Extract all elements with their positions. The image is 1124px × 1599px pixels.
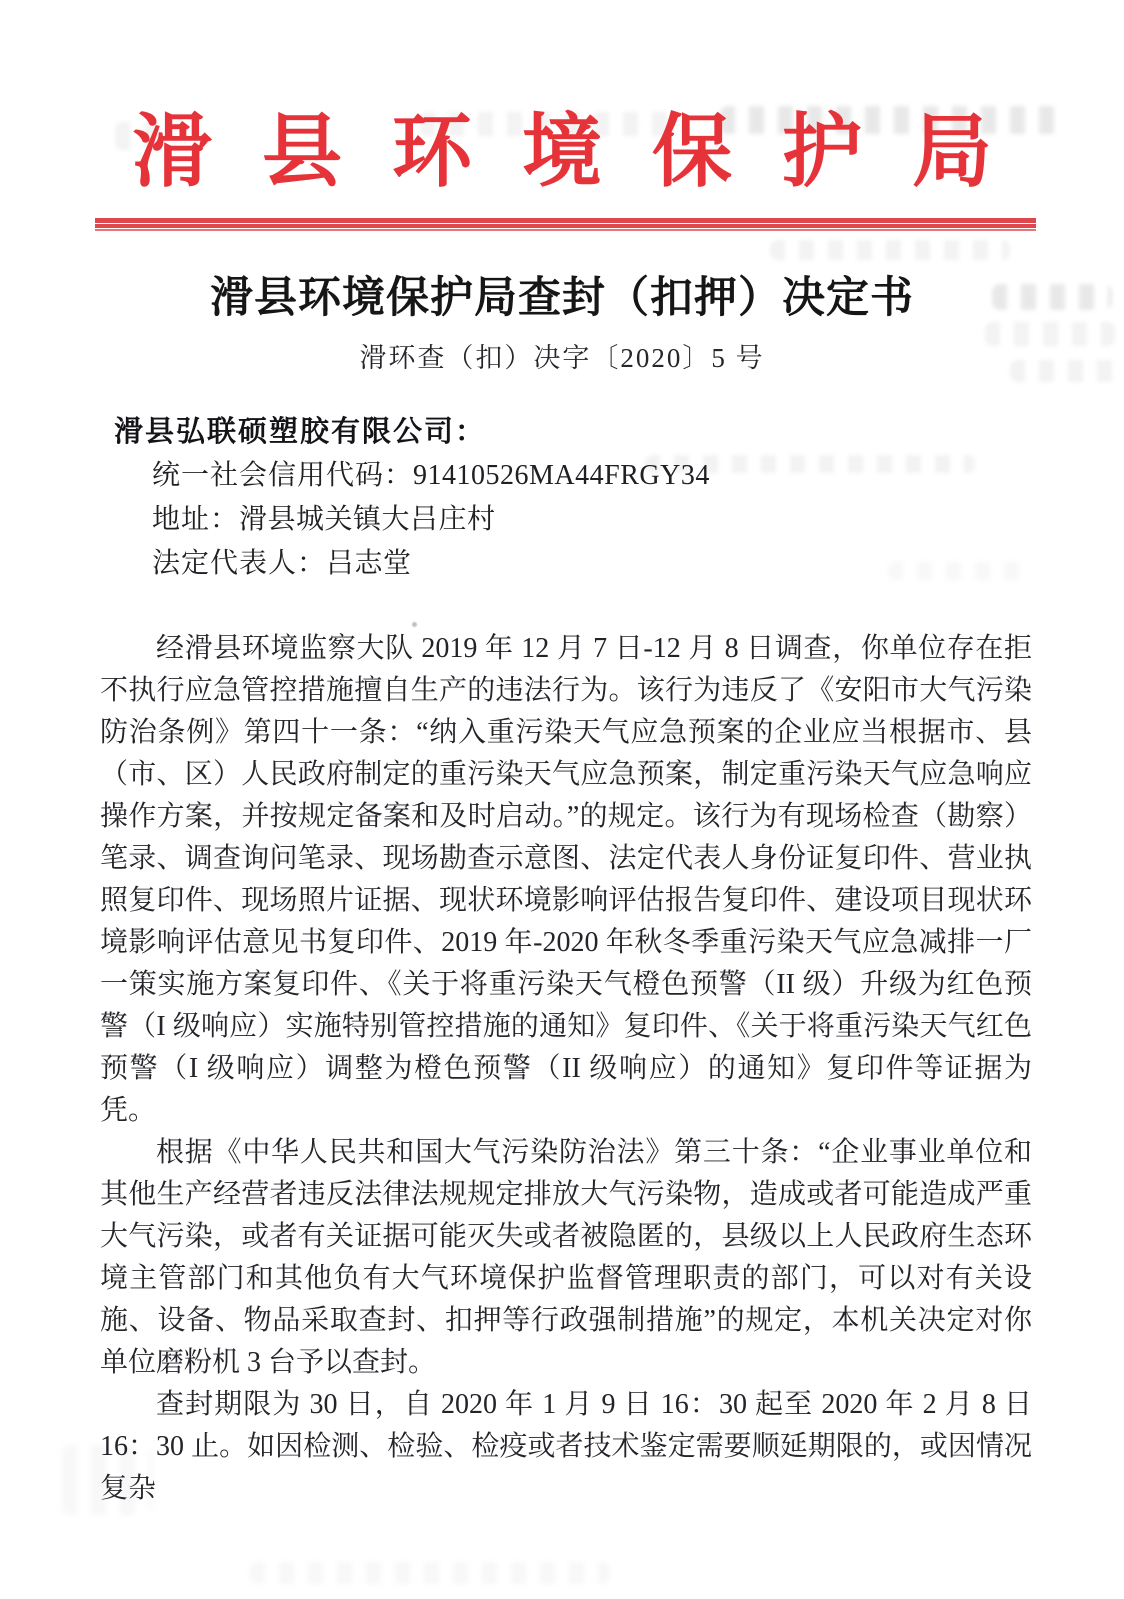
document-title: 滑县环境保护局查封（扣押）决定书: [0, 272, 1124, 326]
body-paragraph-violation-findings: 经滑县环境监察大队 2019 年 12 月 7 日-12 月 8 日调查，你单位…: [100, 628, 1032, 1132]
body-paragraph-legal-basis-decision: 根据《中华人民共和国大气污染防治法》第三十条：“企业事业单位和其他生产经营者违反…: [100, 1132, 1032, 1384]
scanned-document-page: 滑县环境保护局 滑县环境保护局查封（扣押）决定书 滑环查（扣）决字〔2020〕5…: [0, 0, 1124, 1599]
legal-representative-value: 吕志堂: [326, 548, 412, 579]
scan-artifact: [250, 1562, 610, 1584]
scan-speck: [412, 622, 417, 627]
scan-artifact: [770, 240, 1010, 260]
credit-code-value: 91410526MA44FRGY34: [413, 460, 710, 491]
credit-code-line: 统一社会信用代码：91410526MA44FRGY34: [152, 454, 710, 498]
recipient-company-name: 滑县弘联硕塑胶有限公司：: [114, 410, 710, 454]
legal-representative-label: 法定代表人：: [152, 548, 326, 579]
address-label: 地址：: [152, 504, 239, 535]
document-body: 经滑县环境监察大队 2019 年 12 月 7 日-12 月 8 日调查，你单位…: [100, 628, 1032, 1510]
scan-artifact: [888, 562, 1028, 580]
document-number: 滑环查（扣）决字〔2020〕5 号: [0, 341, 1124, 376]
letterhead: 滑县环境保护局: [0, 113, 1124, 193]
address-line: 地址：滑县城关镇大吕庄村: [152, 498, 710, 542]
legal-representative-line: 法定代表人：吕志堂: [152, 542, 710, 586]
letterhead-org-name: 滑县环境保护局: [132, 113, 1042, 193]
credit-code-label: 统一社会信用代码：: [152, 460, 413, 491]
body-paragraph-seizure-period: 查封期限为 30 日，自 2020 年 1 月 9 日 16：30 起至 202…: [100, 1384, 1032, 1510]
recipient-block: 滑县弘联硕塑胶有限公司： 统一社会信用代码：91410526MA44FRGY34…: [114, 410, 710, 586]
address-value: 滑县城关镇大吕庄村: [239, 504, 496, 535]
letterhead-divider-rule: [95, 218, 1036, 231]
